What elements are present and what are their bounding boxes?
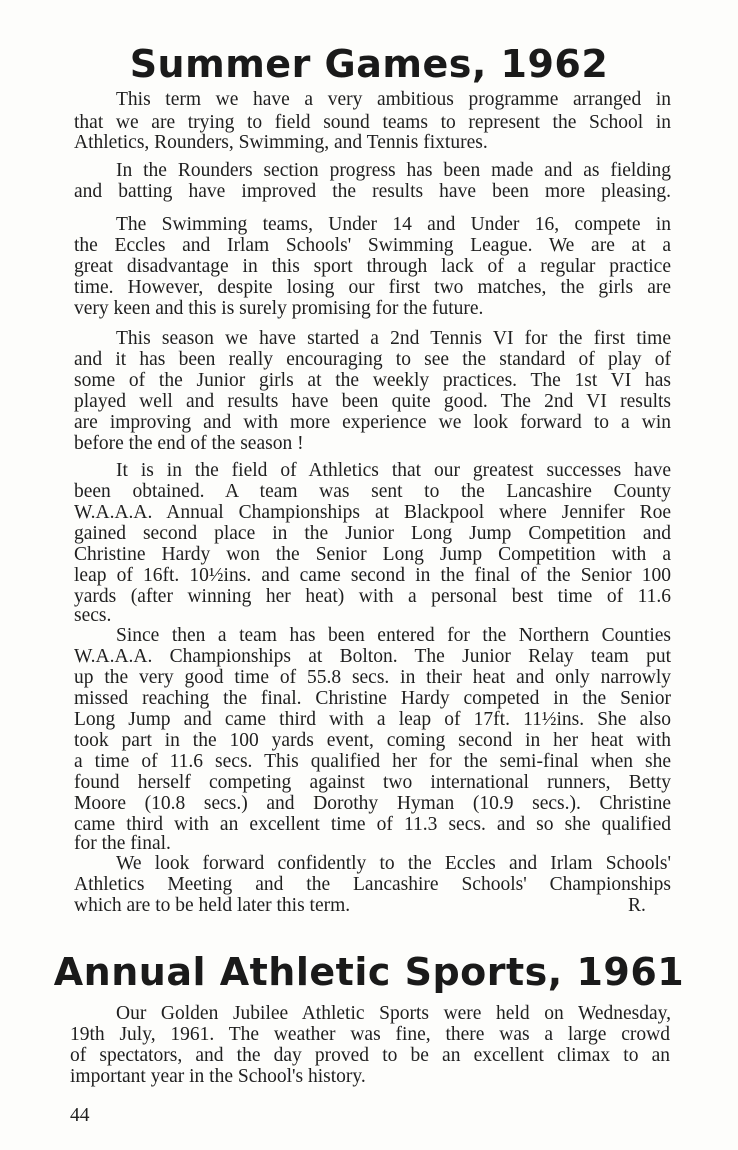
- text-line: Athletics, Rounders, Swimming, and Tenni…: [74, 131, 671, 155]
- article-title: Summer Games, 1962: [0, 42, 738, 86]
- text-line: before the end of the season !: [74, 432, 671, 456]
- page-number: 44: [70, 1104, 90, 1128]
- text-line: and batting have improved the results ha…: [74, 180, 671, 204]
- text-line: very keen and this is surely promising f…: [74, 297, 671, 321]
- text-line: important year in the School's history.: [70, 1065, 670, 1089]
- author-signature: R.: [628, 894, 646, 918]
- text-line: This term we have a very ambitious progr…: [116, 88, 671, 112]
- text-line: which are to be held later this term.: [74, 894, 671, 918]
- article-title: Annual Athletic Sports, 1961: [0, 950, 738, 994]
- document-page: Summer Games, 1962 This term we have a v…: [0, 0, 738, 1150]
